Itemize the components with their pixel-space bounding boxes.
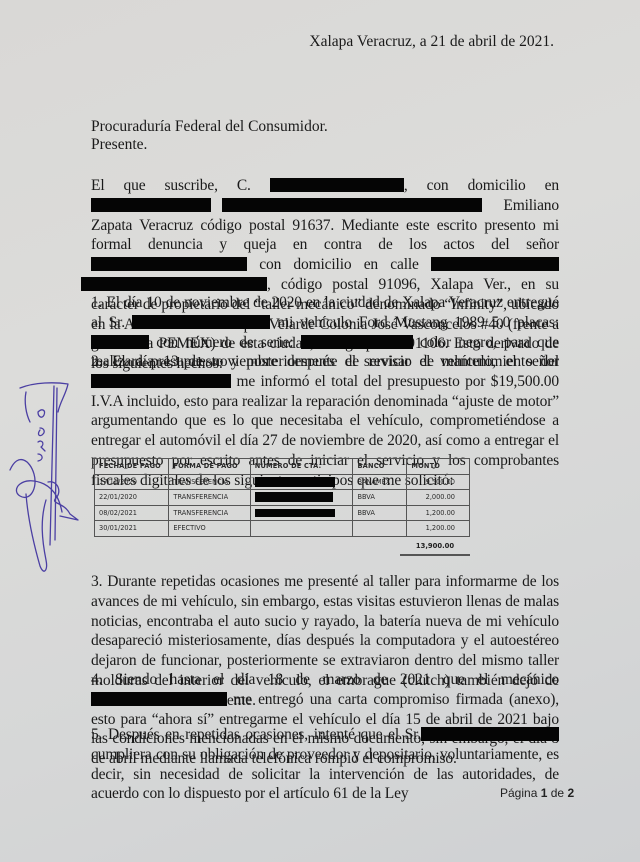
redacted-address — [222, 198, 482, 212]
payments-total: 13,900.00 — [402, 542, 468, 550]
redacted-plates — [91, 335, 149, 349]
redacted-address — [91, 198, 211, 212]
addressee-salutation: Presente. — [91, 136, 328, 154]
cell-fecha: 08/02/2021 — [95, 505, 169, 521]
cell-monto: 1,200.00 — [407, 521, 470, 537]
cell-banco: BBVA — [353, 505, 407, 521]
redacted-name — [132, 315, 180, 329]
total-underline — [400, 554, 470, 556]
redacted-account — [255, 492, 333, 502]
redacted-address — [431, 257, 559, 271]
payments-table: FECHA DE PAGO FORMA DE PAGO NÚMERO DE CT… — [94, 458, 470, 537]
cell-fecha: 17/11/2020 — [95, 474, 169, 490]
addressee-name: Procuraduría Federal del Consumidor. — [91, 118, 328, 136]
addressee-block: Procuraduría Federal del Consumidor. Pre… — [91, 118, 328, 154]
fact-text: 5. Después en repetidas ocasiones, inten… — [91, 726, 421, 743]
cell-forma: TRANSFERENCIA — [169, 474, 250, 490]
fact-text: 2. El día 13 de noviembre después de rev… — [91, 353, 559, 370]
cell-forma: TRANSFERENCIA — [169, 490, 250, 506]
redacted-account — [255, 509, 335, 517]
cell-banco: BBVA — [353, 490, 407, 506]
table-row: 17/11/2020 TRANSFERENCIA BANAMEX 9,500.0… — [95, 474, 470, 490]
redacted-name — [91, 257, 247, 271]
cell-cuenta — [250, 521, 353, 537]
fact-text: 4. Siendo hasta el día 18 de marzo de 20… — [91, 671, 559, 688]
intro-text: con domicilio en — [427, 177, 559, 194]
col-fecha: FECHA DE PAGO — [95, 459, 169, 475]
cell-fecha: 30/01/2021 — [95, 521, 169, 537]
redacted-name — [421, 727, 559, 741]
page-total: 2 — [567, 786, 574, 800]
page-label: Página — [500, 786, 537, 800]
col-monto: MONTO — [407, 459, 470, 475]
redacted-address — [81, 277, 267, 291]
cell-monto: 2,000.00 — [407, 490, 470, 506]
page-of: de — [551, 786, 564, 800]
cell-banco — [353, 521, 407, 537]
intro-text: El que suscribe, C. — [91, 177, 251, 194]
redacted-name — [91, 692, 227, 706]
table-row: 22/01/2020 TRANSFERENCIA BBVA 2,000.00 — [95, 490, 470, 506]
col-cuenta: NÚMERO DE CTA. — [250, 459, 353, 475]
cell-banco: BANAMEX — [353, 474, 407, 490]
fact-text: mi vehículo Ford Mustang 1989 5.0 placas… — [277, 314, 559, 331]
signature-icon — [0, 370, 90, 590]
cell-forma: TRANSFERENCIA — [169, 505, 250, 521]
cell-monto: 9,500.00 — [407, 474, 470, 490]
cell-forma: EFECTIVO — [169, 521, 250, 537]
redacted-name — [91, 374, 231, 388]
table-header-row: FECHA DE PAGO FORMA DE PAGO NÚMERO DE CT… — [95, 459, 470, 475]
cell-cuenta — [250, 474, 353, 490]
page-number: Página 1 de 2 — [500, 786, 574, 800]
table-row: 30/01/2021 EFECTIVO 1,200.00 — [95, 521, 470, 537]
document-page: Xalapa Veracruz, a 21 de abril de 2021. … — [0, 0, 640, 862]
cell-monto: 1,200.00 — [407, 505, 470, 521]
intro-text: con domicilio en calle — [259, 256, 419, 273]
cell-fecha: 22/01/2020 — [95, 490, 169, 506]
fact-text: cumpliera con su obligación de proveedor… — [91, 746, 559, 803]
col-banco: BANCO — [353, 459, 407, 475]
fact-5: 5. Después en repetidas ocasiones, inten… — [91, 725, 559, 804]
redacted-serial — [301, 335, 413, 349]
cell-cuenta — [250, 505, 353, 521]
page-current: 1 — [541, 786, 548, 800]
col-forma: FORMA DE PAGO — [169, 459, 250, 475]
redacted-account — [255, 477, 335, 487]
cell-cuenta — [250, 490, 353, 506]
table-row: 08/02/2021 TRANSFERENCIA BBVA 1,200.00 — [95, 505, 470, 521]
redacted-name — [270, 178, 404, 192]
fact-text: con número de serie: — [156, 334, 293, 351]
date-line: Xalapa Veracruz, a 21 de abril de 2021. — [309, 33, 554, 51]
redacted-name — [174, 315, 270, 329]
